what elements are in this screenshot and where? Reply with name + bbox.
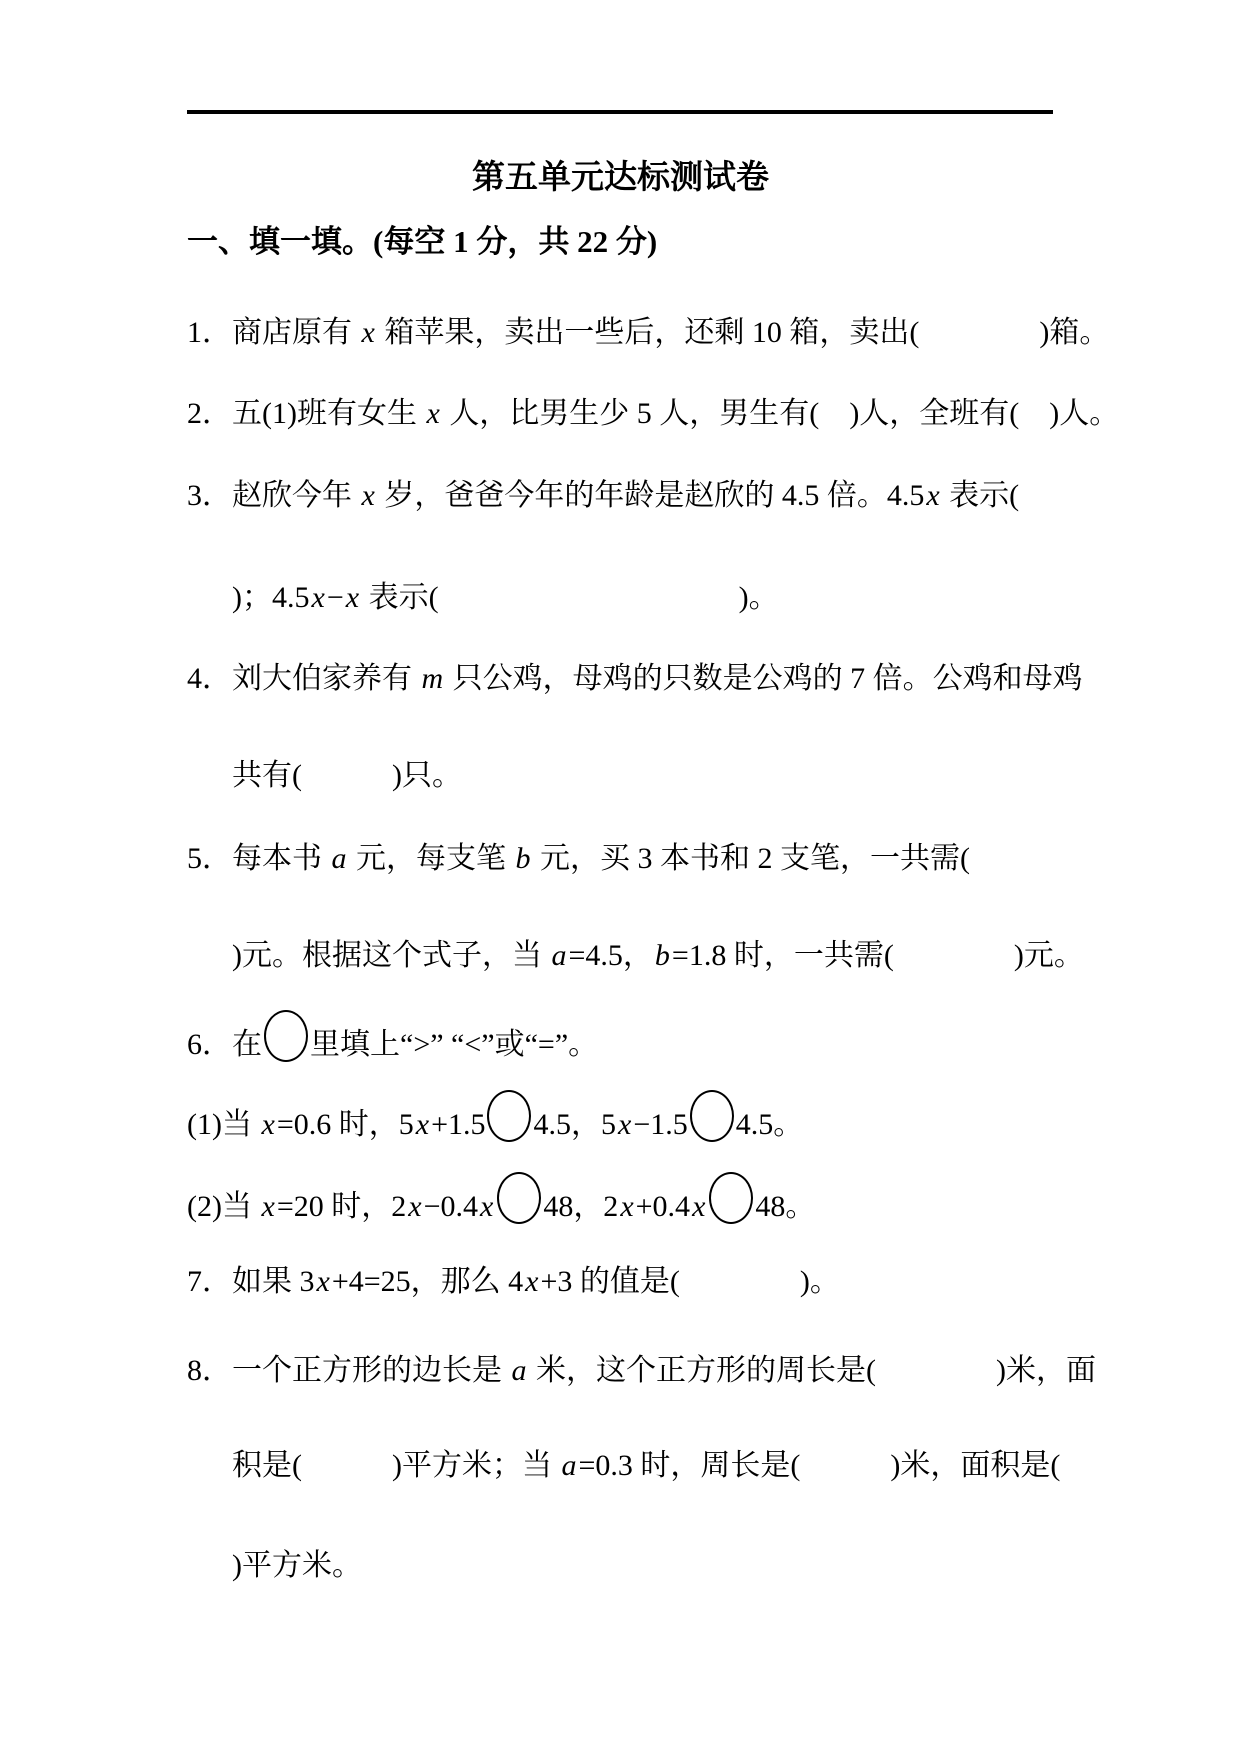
text-run: 5．每本书 (187, 842, 330, 875)
fill-blank (800, 1474, 890, 1475)
text-run: )。 (800, 1265, 840, 1298)
text-run: 岁，爸爸今年的年龄是赵欣的 4.5 倍。4.5 (377, 479, 925, 512)
variable: m (420, 662, 446, 695)
text-run: )。 (739, 581, 779, 614)
variable: x (315, 1265, 332, 1298)
text-run: 4.5，5 (533, 1108, 616, 1141)
fill-blank (876, 1379, 996, 1380)
variable: x (690, 1190, 707, 1223)
variable: x (344, 581, 361, 614)
variable: x (360, 316, 377, 349)
text-run: )只。 (392, 759, 462, 792)
text-run: )米，面积是( (890, 1449, 1060, 1482)
text-run: +4=25，那么 4 (332, 1265, 523, 1298)
q5-line1-line: 5．每本书 a 元，每支笔 b 元，买 3 本书和 2 支笔，一共需( (187, 841, 970, 877)
variable: x (924, 479, 941, 512)
q8-line3-line: )平方米。 (232, 1548, 362, 1584)
text-run: )；4.5 (232, 581, 310, 614)
text-run: 里填上“>” “<”或“=”。 (310, 1028, 598, 1061)
q7-line: 7．如果 3x+4=25，那么 4x+3 的值是()。 (187, 1264, 840, 1300)
text-run: 3．赵欣今年 (187, 479, 360, 512)
fill-blank (302, 1474, 392, 1475)
text-run: )元。根据这个式子，当 (232, 939, 550, 972)
variable: a (330, 842, 349, 875)
q6-sub2-line: (2)当 x=20 时，2x−0.4x48，2x+0.4x48。 (187, 1172, 815, 1225)
text-run: 共有( (232, 759, 302, 792)
variable: x (259, 1190, 276, 1223)
text-run: =20 时，2 (277, 1190, 406, 1223)
text-run: +3 的值是( (541, 1265, 680, 1298)
variable: x (414, 1108, 431, 1141)
text-run: +0.4 (636, 1190, 690, 1223)
test-paper-page: 第五单元达标测试卷 一、填一填。(每空 1 分，共 22 分) 1．商店原有 x… (0, 0, 1241, 1754)
variable: x (310, 581, 327, 614)
text-run: 元，每支笔 (349, 842, 514, 875)
section-heading: 一、填一填。(每空 1 分，共 22 分) (187, 224, 657, 260)
q1-line: 1．商店原有 x 箱苹果，卖出一些后，还剩 10 箱，卖出()箱。 (187, 315, 1109, 351)
q3-line1-line: 3．赵欣今年 x 岁，爸爸今年的年龄是赵欣的 4.5 倍。4.5x 表示( (187, 478, 1019, 514)
variable: x (406, 1190, 423, 1223)
variable: x (360, 479, 377, 512)
variable: x (616, 1108, 633, 1141)
variable: x (424, 397, 441, 430)
variable: a (550, 939, 569, 972)
text-run: +1.5 (431, 1108, 485, 1141)
text-run: 1．商店原有 (187, 316, 360, 349)
q4-line2-line: 共有()只。 (232, 758, 462, 794)
variable: a (510, 1354, 529, 1387)
q5-line2-line: )元。根据这个式子，当 a=4.5，b=1.8 时，一共需()元。 (232, 938, 1084, 974)
text-run: 6．在 (187, 1028, 262, 1061)
text-run: =0.6 时，5 (277, 1108, 414, 1141)
text-run: )米，面 (996, 1354, 1096, 1387)
text-run: )人。 (1049, 397, 1119, 430)
text-run: 只公鸡，母鸡的只数是公鸡的 7 倍。公鸡和母鸡 (445, 662, 1083, 695)
comparison-circle (487, 1090, 531, 1142)
text-run: (2)当 (187, 1190, 259, 1223)
variable: b (514, 842, 533, 875)
header-rule (187, 110, 1053, 114)
comparison-circle (264, 1010, 308, 1062)
text-run: 表示( (361, 581, 439, 614)
text-run: −1.5 (633, 1108, 687, 1141)
variable: x (478, 1190, 495, 1223)
text-run: 米，这个正方形的周长是( (529, 1354, 877, 1387)
text-run: (1)当 (187, 1108, 259, 1141)
text-run: )箱。 (1039, 316, 1109, 349)
comparison-circle (497, 1172, 541, 1224)
fill-blank (819, 422, 849, 423)
q2-line: 2．五(1)班有女生 x 人，比男生少 5 人，男生有()人，全班有()人。 (187, 396, 1119, 432)
text-run: =1.8 时，一共需( (672, 939, 894, 972)
fill-blank (680, 1290, 800, 1291)
comparison-circle (690, 1090, 734, 1142)
text-run: 箱苹果，卖出一些后，还剩 10 箱，卖出( (377, 316, 920, 349)
text-run: )平方米。 (232, 1549, 362, 1582)
variable: x (259, 1108, 276, 1141)
text-run: 人，比男生少 5 人，男生有( (442, 397, 820, 430)
variable: x (523, 1265, 540, 1298)
text-run: =0.3 时，周长是( (579, 1449, 801, 1482)
text-run: 4．刘大伯家养有 (187, 662, 420, 695)
text-run: 表示( (942, 479, 1020, 512)
fill-blank (1019, 422, 1049, 423)
text-run: )平方米；当 (392, 1449, 560, 1482)
q8-line1-line: 8．一个正方形的边长是 a 米，这个正方形的周长是()米，面 (187, 1353, 1096, 1389)
text-run: 积是( (232, 1449, 302, 1482)
text-run: 元，买 3 本书和 2 支笔，一共需( (533, 842, 971, 875)
text-run: 4.5。 (736, 1108, 804, 1141)
text-run: −0.4 (424, 1190, 478, 1223)
text-run: 48。 (755, 1190, 815, 1223)
fill-blank (302, 784, 392, 785)
variable: b (653, 939, 672, 972)
text-run: − (327, 581, 344, 614)
q6-line: 6．在里填上“>” “<”或“=”。 (187, 1010, 598, 1063)
q4-line1-line: 4．刘大伯家养有 m 只公鸡，母鸡的只数是公鸡的 7 倍。公鸡和母鸡 (187, 661, 1083, 697)
comparison-circle (709, 1172, 753, 1224)
fill-blank (894, 964, 1014, 965)
text-run: 8．一个正方形的边长是 (187, 1354, 510, 1387)
text-run: )人，全班有( (849, 397, 1019, 430)
text-run: =4.5， (569, 939, 653, 972)
q6-sub1-line: (1)当 x=0.6 时，5x+1.54.5，5x−1.54.5。 (187, 1090, 803, 1143)
text-run: 2．五(1)班有女生 (187, 397, 424, 430)
fill-blank (919, 341, 1039, 342)
variable: x (618, 1190, 635, 1223)
q3-line2-line: )；4.5x−x 表示()。 (232, 580, 779, 616)
text-run: 7．如果 3 (187, 1265, 315, 1298)
q8-line2-line: 积是()平方米；当 a=0.3 时，周长是()米，面积是( (232, 1448, 1060, 1484)
fill-blank (439, 606, 739, 607)
text-run: )元。 (1014, 939, 1084, 972)
variable: a (560, 1449, 579, 1482)
text-run: 48，2 (543, 1190, 618, 1223)
page-title: 第五单元达标测试卷 (0, 160, 1241, 193)
